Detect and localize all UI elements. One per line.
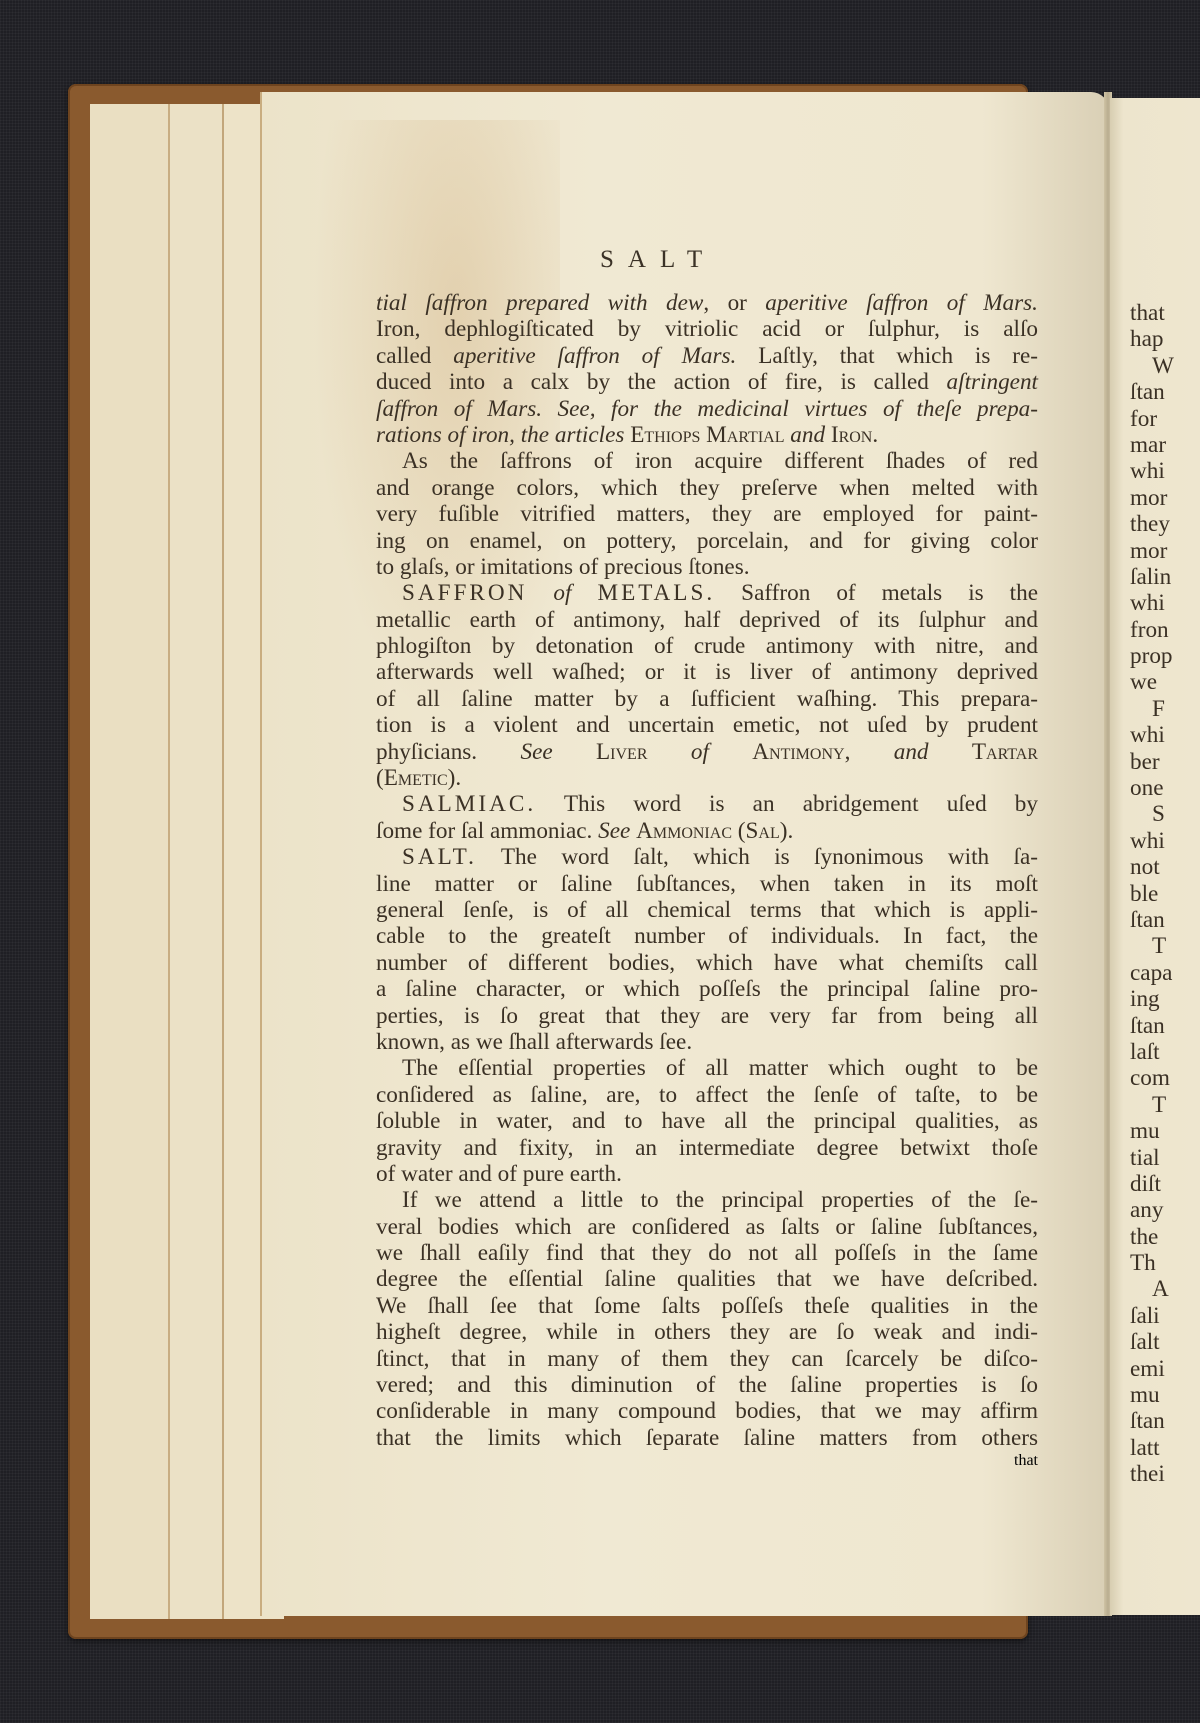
text-line: ſoluble in water, and to have all the pr… [376,1108,1038,1134]
right-page-line-fragment: whi [1130,828,1200,854]
right-page-line-fragment: mu [1130,1382,1200,1408]
right-page-line-fragment: ſtan [1130,1013,1200,1039]
right-page-line-fragment: mor [1130,538,1200,564]
right-page-line-fragment: ſtan [1130,379,1200,405]
right-page-text-fragments: thathapWſtanformarwhimortheymorſalinwhif… [1130,300,1200,1488]
right-page-line-fragment: mor [1130,485,1200,511]
right-page-line-fragment: ſali [1130,1303,1200,1329]
text-line: SALMIAC. This word is an abridgement uſe… [376,791,1038,817]
text-line: to glaſs, or imitations of precious ſton… [376,554,1038,580]
right-page-line-fragment: ble [1130,881,1200,907]
right-page-line-fragment: not [1130,854,1200,880]
text-line: tial ſaffron prepared with dew, or aperi… [376,290,1038,316]
right-page-line-fragment: T [1130,1092,1200,1118]
right-page-line-fragment: for [1130,406,1200,432]
text-line: phyſicians. See Liver of Antimony, and T… [376,739,1038,765]
right-page-line-fragment: ing [1130,986,1200,1012]
right-page-line-fragment: prop [1130,643,1200,669]
text-line: veral bodies which are conſidered as ſal… [376,1214,1038,1240]
catchword: that [376,1452,1038,1478]
right-page-line-fragment: laſt [1130,1039,1200,1065]
text-line: As the ſaffrons of iron acquire differen… [376,448,1038,474]
text-line: very fuſible vitrified matters, they are… [376,501,1038,527]
text-line: phlogiſton by detonation of crude antimo… [376,633,1038,659]
right-page-line-fragment: S [1130,801,1200,827]
right-page-line-fragment: diſt [1130,1171,1200,1197]
right-page-line-fragment: we [1130,669,1200,695]
text-line: cable to the greateſt number of individu… [376,923,1038,949]
text-line: number of different bodies, which have w… [376,950,1038,976]
text-line: (Emetic). [376,765,1038,791]
text-line: conſidered as ſaline, are, to affect the… [376,1082,1038,1108]
text-line: ſome for ſal ammoniac. See Ammoniac (Sal… [376,818,1038,844]
body-text: tial ſaffron prepared with dew, or aperi… [376,290,1038,1451]
text-line: The eſſential properties of all matter w… [376,1055,1038,1081]
right-page-line-fragment: whi [1130,458,1200,484]
right-page-line-fragment: hap [1130,326,1200,352]
right-page-line-fragment: thei [1130,1461,1200,1487]
right-page-line-fragment: that [1130,300,1200,326]
right-page-line-fragment: emi [1130,1356,1200,1382]
right-page-line-fragment: capa [1130,960,1200,986]
text-line: tion is a violent and uncertain emetic, … [376,712,1038,738]
right-page-line-fragment: ſalt [1130,1329,1200,1355]
text-line: ing on enamel, on pottery, porcelain, an… [376,528,1038,554]
text-line: afterwards well waſhed; or it is liver o… [376,659,1038,685]
text-line: duced into a calx by the action of fire,… [376,369,1038,395]
right-page-line-fragment: the [1130,1224,1200,1250]
right-page-line-fragment: T [1130,933,1200,959]
right-page-line-fragment: one [1130,775,1200,801]
right-page-line-fragment: com [1130,1065,1200,1091]
right-page-line-fragment: ber [1130,749,1200,775]
right-page-line-fragment: A [1130,1276,1200,1302]
right-page-line-fragment: ſalin [1130,564,1200,590]
text-line: degree the eſſential ſaline qualities th… [376,1266,1038,1292]
text-line: we ſhall eaſily find that they do not al… [376,1240,1038,1266]
text-line: perties, is ſo great that they are very … [376,1003,1038,1029]
text-line: SALT. The word ſalt, which is ſynonimous… [376,844,1038,870]
right-page-line-fragment: Th [1130,1250,1200,1276]
text-line: gravity and fixity, in an intermediate d… [376,1135,1038,1161]
text-line: of all ſaline matter by a ſufficient waſ… [376,686,1038,712]
text-line: general ſenſe, is of all chemical terms … [376,897,1038,923]
text-line: of water and of pure earth. [376,1161,1038,1187]
text-line: line matter or ſaline ſubſtances, when t… [376,871,1038,897]
text-line: higheſt degree, while in others they are… [376,1319,1038,1345]
text-line: ſaffron of Mars. See, for the medicinal … [376,396,1038,422]
text-line: Iron, dephlogiſticated by vitriolic acid… [376,316,1038,342]
right-page-line-fragment: whi [1130,722,1200,748]
right-page-line-fragment: latt [1130,1435,1200,1461]
text-line: vered; and this diminution of the ſaline… [376,1372,1038,1398]
text-line: ſtinct, that in many of them they can ſc… [376,1346,1038,1372]
text-line: SAFFRON of METALS. Saffron of metals is … [376,580,1038,606]
running-head: SALT [600,246,716,274]
text-line: We ſhall ſee that ſome ſalts poſſeſs the… [376,1293,1038,1319]
right-page-line-fragment: W [1130,353,1200,379]
right-page-line-fragment: they [1130,511,1200,537]
text-line: called aperitive ſaffron of Mars. Laſtly… [376,343,1038,369]
right-page-line-fragment: F [1130,696,1200,722]
right-page-line-fragment: ſtan [1130,907,1200,933]
text-line: a ſaline character, or which poſſeſs the… [376,976,1038,1002]
right-page-line-fragment: mar [1130,432,1200,458]
catchword-container: that [376,1452,1038,1478]
text-line: known, as we ſhall afterwards ſee. [376,1029,1038,1055]
text-line: rations of iron, the articles Ethiops Ma… [376,422,1038,448]
right-page-line-fragment: tial [1130,1145,1200,1171]
right-page-line-fragment: mu [1130,1118,1200,1144]
right-page-line-fragment: ſtan [1130,1408,1200,1434]
right-page-line-fragment: fron [1130,617,1200,643]
text-line: metallic earth of antimony, half deprive… [376,607,1038,633]
text-line: and orange colors, which they preſerve w… [376,475,1038,501]
text-line: that the limits which ſeparate ſaline ma… [376,1425,1038,1451]
right-page-line-fragment: any [1130,1197,1200,1223]
text-line: conſiderable in many compound bodies, th… [376,1398,1038,1424]
text-line: If we attend a little to the principal p… [376,1187,1038,1213]
right-page-line-fragment: whi [1130,590,1200,616]
